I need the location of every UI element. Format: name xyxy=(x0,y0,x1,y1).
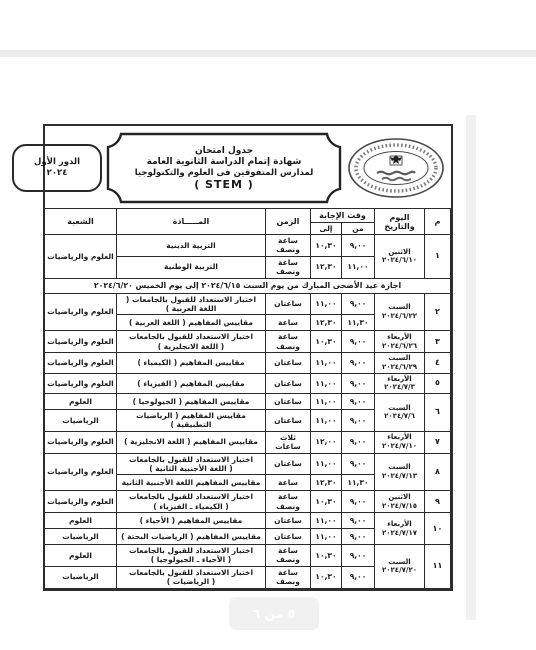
branch: العلوم والرياضيات xyxy=(44,293,116,331)
day-date: الاثنين ٢٠٢٤/٧/١٥ xyxy=(375,491,425,513)
ministry-education-seal-icon xyxy=(346,136,446,200)
branch: العلوم والرياضيات xyxy=(44,431,116,453)
row-number: ٣ xyxy=(425,331,451,353)
holiday-note: اجازة عيد الأضحى المبارك من يوم السبت ٢٠… xyxy=(44,278,450,293)
branch: الرياضيات xyxy=(44,529,116,545)
duration: ساعتان xyxy=(265,373,310,394)
time-from: ٩,٠٠ xyxy=(342,353,375,374)
subject: اختبار الاستعداد للقبول بالجامعات ( اللغ… xyxy=(116,453,265,475)
schedule-row: ٤السبت ٢٠٢٤/٦/٢٩٩,٠٠١١,٠٠ساعتانمقاييس ال… xyxy=(44,353,450,374)
branch: العلوم xyxy=(44,513,116,529)
branch: العلوم والرياضيات xyxy=(44,491,116,513)
page-indicator-label: ٥ من ٦ xyxy=(253,606,296,621)
time-to: ١٢,٠٠ xyxy=(310,431,341,453)
duration: ساعتان xyxy=(265,293,310,315)
col-header-duration: الزمن xyxy=(265,209,310,235)
day-date: الأربعاء ٢٠٢٤/٦/٢٦ xyxy=(375,331,425,353)
schedule-row: ٢السبت ٢٠٢٤/٦/٢٢٩,٠٠١١,٠٠ساعتاناختبار ال… xyxy=(44,293,450,315)
col-header-subject: المـــــادة xyxy=(116,209,265,235)
schedule-row: ١الاثنين ٢٠٢٤/٦/١٠٩,٠٠١٠,٣٠ساعة ونصفالتر… xyxy=(44,235,450,257)
col-header-number: م xyxy=(425,209,451,235)
viewer-top-band xyxy=(0,50,536,57)
day-date: الأربعاء ٢٠٢٤/٧/٣ xyxy=(375,373,425,394)
row-number: ١٠ xyxy=(425,513,451,545)
time-from: ٩,٠٠ xyxy=(342,491,375,513)
day-date: الاثنين ٢٠٢٤/٦/١٠ xyxy=(375,235,425,279)
subject: اختبار الاستعداد للقبول بالجامعات ( اللغ… xyxy=(116,293,265,315)
exam-round-label: الدور الأول xyxy=(34,157,80,168)
page-indicator: ٥ من ٦ xyxy=(229,597,319,630)
row-number: ١ xyxy=(425,235,451,279)
branch: الرياضيات xyxy=(44,566,116,588)
time-from: ١١,٠٠ xyxy=(342,256,375,278)
subject: مقاييس المفاهيم ( اللغة الانجليزية ) xyxy=(116,431,265,453)
duration: ساعتان xyxy=(265,353,310,374)
subject: التربية الوطنية xyxy=(116,256,265,278)
time-from: ٩,٠٠ xyxy=(342,545,375,567)
col-header-to: إلى xyxy=(310,223,341,235)
title-line-1: جدول امتحان xyxy=(195,146,253,157)
time-from: ١١,٣٠ xyxy=(342,475,375,491)
eagle-emblem-icon xyxy=(390,155,402,165)
exam-schedule-document: جدول امتحان شهادة إتمام الدراسة الثانوية… xyxy=(43,124,453,591)
schedule-row: ١١السبت ٢٠٢٤/٧/٢٠٩,٠٠١٠,٣٠ساعة ونصفاختبا… xyxy=(44,545,450,567)
day-date: السبت ٢٠٢٤/٧/٢٠ xyxy=(375,545,425,589)
title-line-2: شهادة إتمام الدراسة الثانوية العامة xyxy=(147,157,302,168)
document-title-plaque: جدول امتحان شهادة إتمام الدراسة الثانوية… xyxy=(105,131,343,205)
subject: مقاييس المفاهيم ( الكيمياء ) xyxy=(116,353,265,374)
time-from: ٩,٠٠ xyxy=(342,373,375,394)
schedule-row: ١٠الأربعاء ٢٠٢٤/٧/١٧٩,٠٠١١,٠٠ساعتانمقايي… xyxy=(44,513,450,529)
row-number: ١١ xyxy=(425,545,451,589)
duration: ساعة ونصف xyxy=(265,256,310,278)
time-from: ٩,٠٠ xyxy=(342,431,375,453)
row-number: ٢ xyxy=(425,293,451,331)
day-date: السبت ٢٠٢٤/٧/١٣ xyxy=(375,453,425,491)
holiday-row: اجازة عيد الأضحى المبارك من يوم السبت ٢٠… xyxy=(44,278,450,293)
time-from: ٩,٠٠ xyxy=(342,513,375,529)
duration: ساعتان xyxy=(265,529,310,545)
subject: اختبار الاستعداد للقبول بالجامعات ( الكي… xyxy=(116,491,265,513)
schedule-row: ٥الأربعاء ٢٠٢٤/٧/٣٩,٠٠١١,٠٠ساعتانمقاييس … xyxy=(44,373,450,394)
time-to: ١٠,٣٠ xyxy=(310,566,341,588)
branch: العلوم والرياضيات xyxy=(44,353,116,374)
duration: ساعة ونصف xyxy=(265,566,310,588)
time-from: ٩,٠٠ xyxy=(342,410,375,432)
time-to: ١١,٠٠ xyxy=(310,394,341,410)
row-number: ٧ xyxy=(425,431,451,453)
subject: مقاييس المفاهيم ( الرياضيات البحتة ) xyxy=(116,529,265,545)
col-header-branch: الشعبة xyxy=(44,209,116,235)
duration: ساعتان xyxy=(265,410,310,432)
time-from: ٩,٠٠ xyxy=(342,293,375,315)
subject: التربية الدينية xyxy=(116,235,265,257)
subject: اختبار الاستعداد للقبول بالجامعات ( الأح… xyxy=(116,545,265,567)
schedule-row: ٨السبت ٢٠٢٤/٧/١٣٩,٠٠١١,٠٠ساعتاناختبار ال… xyxy=(44,453,450,475)
page-edge-shadow xyxy=(466,115,476,620)
col-header-day-date: اليوم والتاريخ xyxy=(375,209,425,235)
viewer-canvas[interactable]: جدول امتحان شهادة إتمام الدراسة الثانوية… xyxy=(0,0,536,650)
time-from: ٩,٠٠ xyxy=(342,453,375,475)
col-header-from: من xyxy=(342,223,375,235)
time-to: ١١,٠٠ xyxy=(310,453,341,475)
branch: الرياضيات xyxy=(44,410,116,432)
time-to: ١٠,٣٠ xyxy=(310,491,341,513)
duration: ثلاث ساعات xyxy=(265,431,310,453)
schedule-row: ٦السبت ٢٠٢٤/٧/٦٩,٠٠١١,٠٠ساعتانمقاييس الم… xyxy=(44,394,450,410)
duration: ساعة ونصف xyxy=(265,331,310,353)
time-to: ١١,٠٠ xyxy=(310,513,341,529)
subject: مقاييس المفاهيم ( الجيولوجيا ) xyxy=(116,394,265,410)
branch: العلوم xyxy=(44,394,116,410)
time-from: ٩,٠٠ xyxy=(342,394,375,410)
title-line-3: لمدارس المتفوقين فى العلوم والتكنولوجيا xyxy=(135,168,314,178)
row-number: ٦ xyxy=(425,394,451,432)
day-date: الأربعاء ٢٠٢٤/٧/١٧ xyxy=(375,513,425,545)
row-number: ٩ xyxy=(425,491,451,513)
day-date: السبت ٢٠٢٤/٦/٢٢ xyxy=(375,293,425,331)
subject: مقاييس المفاهيم ( الأحياء ) xyxy=(116,513,265,529)
subject: مقاييس المفاهيم اللغة الأجنبية الثانية xyxy=(116,475,265,491)
day-date: السبت ٢٠٢٤/٧/٦ xyxy=(375,394,425,432)
table-header-row: م اليوم والتاريخ وقت الإجابة الزمن المــ… xyxy=(44,209,450,223)
time-to: ١٠,٣٠ xyxy=(310,235,341,257)
row-number: ٨ xyxy=(425,453,451,491)
time-to: ١٢,٣٠ xyxy=(310,256,341,278)
time-to: ١٢,٣٠ xyxy=(310,315,341,331)
title-line-4: ( STEM ) xyxy=(194,178,254,191)
time-to: ١١,٠٠ xyxy=(310,353,341,374)
ministry-seal xyxy=(346,136,446,200)
day-date: الأربعاء ٢٠٢٤/٧/١٠ xyxy=(375,431,425,453)
exam-round-year: ٢٠٢٤ xyxy=(47,168,68,179)
time-from: ٩,٠٠ xyxy=(342,566,375,588)
row-number: ٤ xyxy=(425,353,451,374)
time-from: ١١,٣٠ xyxy=(342,315,375,331)
subject: مقاييس المفاهيم ( الفيزياء ) xyxy=(116,373,265,394)
time-from: ٩,٠٠ xyxy=(342,235,375,257)
col-header-answer-time: وقت الإجابة xyxy=(310,209,374,223)
exam-schedule-table: م اليوم والتاريخ وقت الإجابة الزمن المــ… xyxy=(44,208,451,589)
time-to: ١١,٠٠ xyxy=(310,410,341,432)
document-header: جدول امتحان شهادة إتمام الدراسة الثانوية… xyxy=(45,126,451,208)
time-to: ١٠,٣٠ xyxy=(310,331,341,353)
branch: العلوم والرياضيات xyxy=(44,331,116,353)
schedule-row: ٣الأربعاء ٢٠٢٤/٦/٢٦٩,٠٠١٠,٣٠ساعة ونصفاخت… xyxy=(44,331,450,353)
subject: اختبار الاستعداد للقبول بالجامعات ( اللغ… xyxy=(116,331,265,353)
schedule-row: ٩الاثنين ٢٠٢٤/٧/١٥٩,٠٠١٠,٣٠ساعة ونصفاختب… xyxy=(44,491,450,513)
branch: العلوم والرياضيات xyxy=(44,373,116,394)
duration: ساعتان xyxy=(265,453,310,475)
time-to: ١١,٠٠ xyxy=(310,293,341,315)
duration: ساعتان xyxy=(265,513,310,529)
duration: ساعتان xyxy=(265,394,310,410)
duration: ساعة ونصف xyxy=(265,491,310,513)
branch: العلوم والرياضيات xyxy=(44,235,116,279)
time-from: ٩,٠٠ xyxy=(342,529,375,545)
subject: مقاييس المفاهيم ( الرياضيات التطبيقية ) xyxy=(116,410,265,432)
exam-round-box: الدور الأول ٢٠٢٤ xyxy=(12,144,102,192)
duration: ساعة ونصف xyxy=(265,235,310,257)
schedule-row: ٧الأربعاء ٢٠٢٤/٧/١٠٩,٠٠١٢,٠٠ثلاث ساعاتمق… xyxy=(44,431,450,453)
row-number: ٥ xyxy=(425,373,451,394)
time-to: ١٠,٣٠ xyxy=(310,545,341,567)
time-to: ١٢,٣٠ xyxy=(310,475,341,491)
duration: ساعة ونصف xyxy=(265,545,310,567)
branch: العلوم والرياضيات xyxy=(44,453,116,491)
time-to: ١١,٠٠ xyxy=(310,529,341,545)
duration: ساعة xyxy=(265,475,310,491)
subject: اختبار الاستعداد للقبول بالجامعات ( الري… xyxy=(116,566,265,588)
day-date: السبت ٢٠٢٤/٦/٢٩ xyxy=(375,353,425,374)
branch: العلوم xyxy=(44,545,116,567)
duration: ساعة xyxy=(265,315,310,331)
time-to: ١١,٠٠ xyxy=(310,373,341,394)
subject: مقاييس المفاهيم ( اللغة العربية ) xyxy=(116,315,265,331)
time-from: ٩,٠٠ xyxy=(342,331,375,353)
